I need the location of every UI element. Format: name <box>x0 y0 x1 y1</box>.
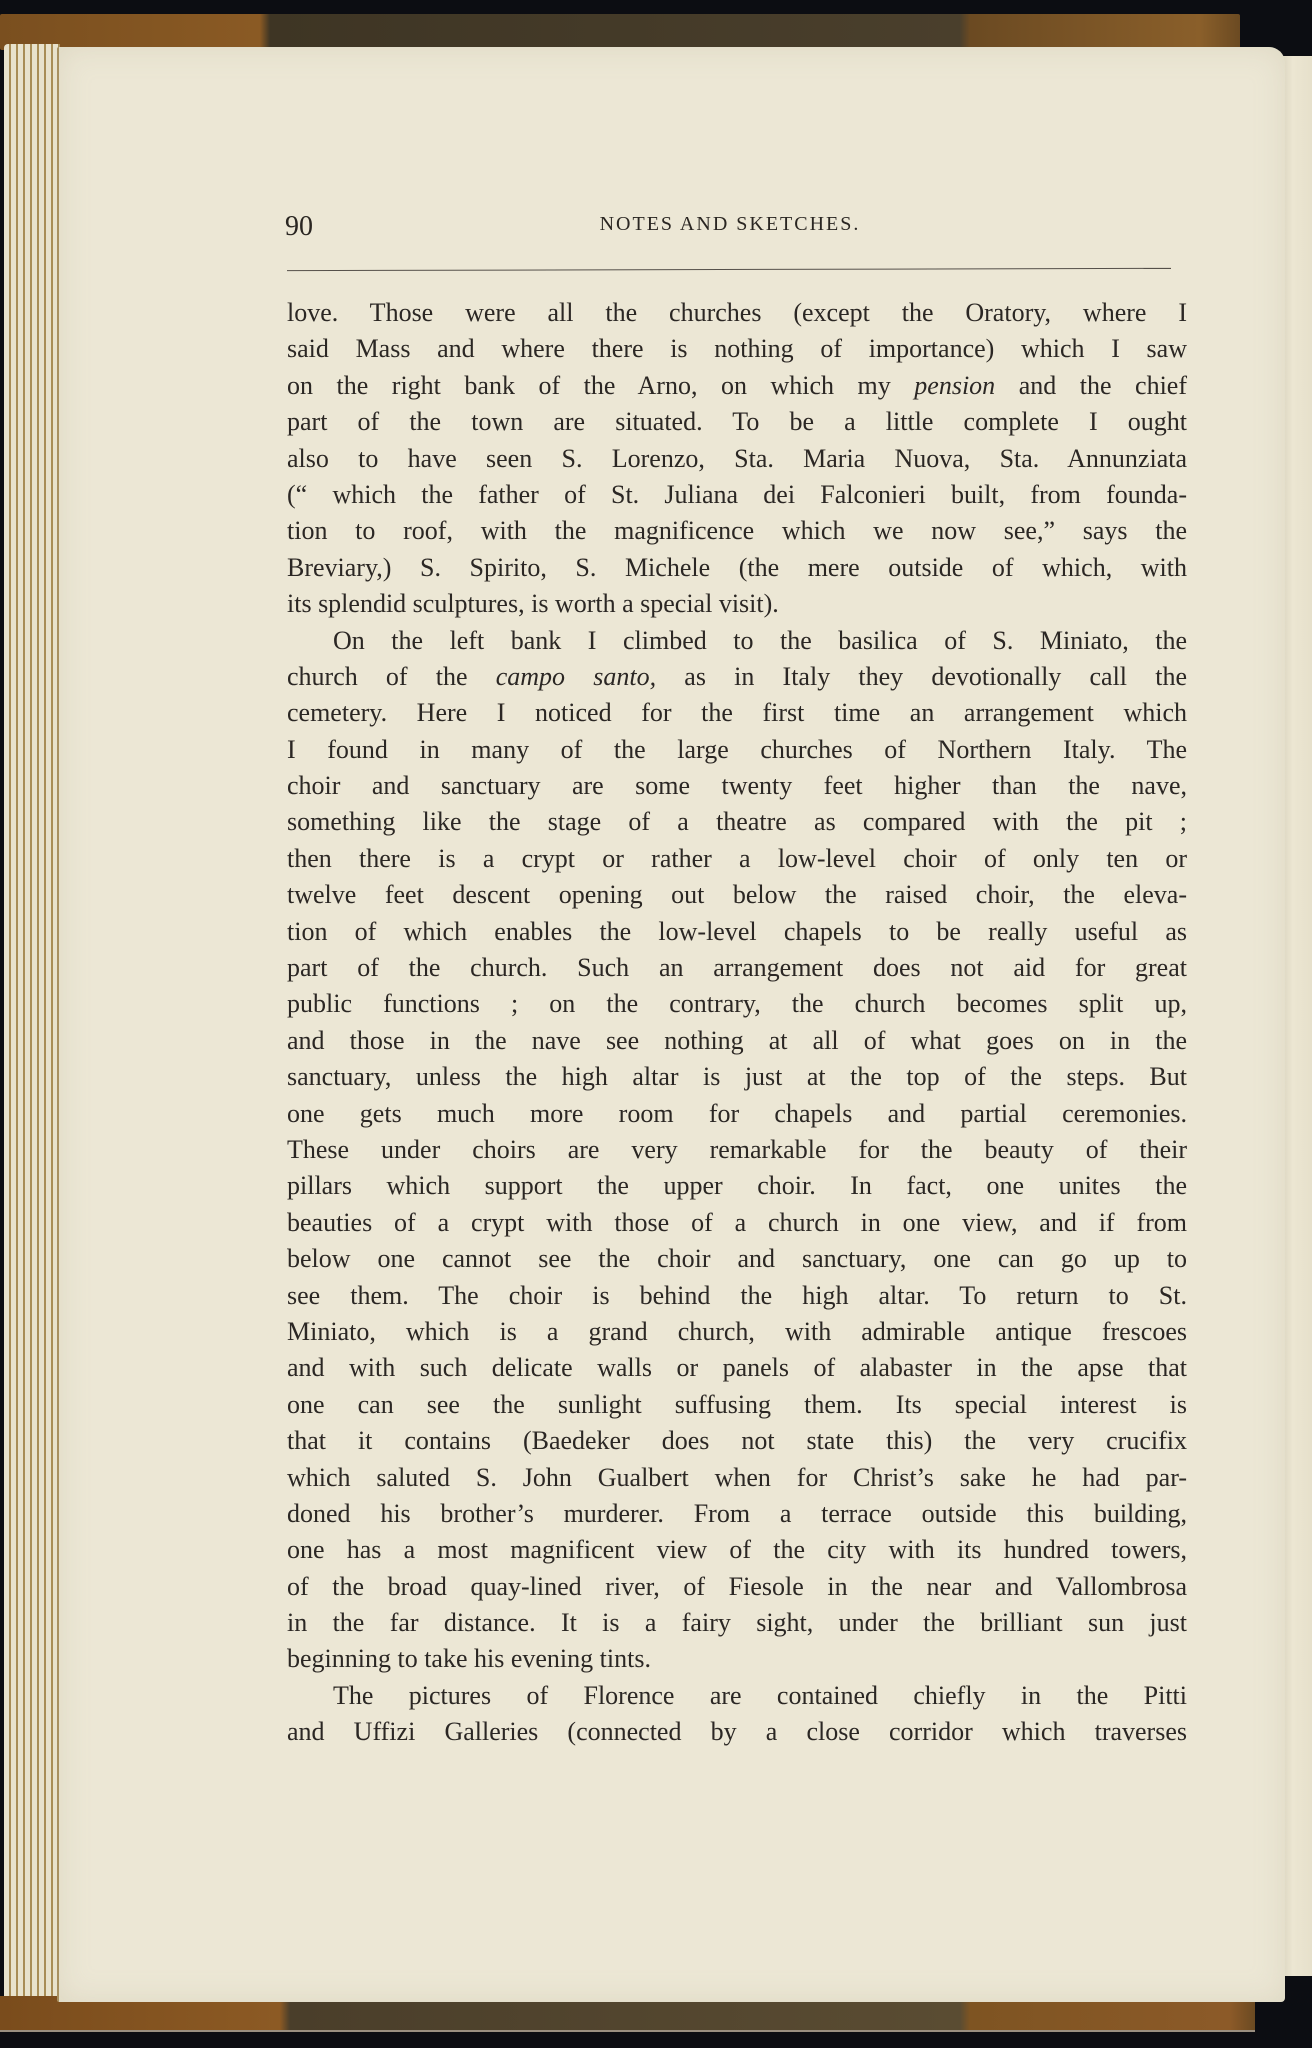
text-line: then there is a crypt or rather a low-le… <box>287 841 1187 877</box>
text-line: tion of which enables the low-level chap… <box>287 914 1187 950</box>
text-line: These under choirs are very remarkable f… <box>287 1132 1187 1168</box>
text-line: of the broad quay-lined river, of Fiesol… <box>287 1569 1187 1605</box>
text-line: twelve feet descent opening out below th… <box>287 877 1187 913</box>
text-line: beauties of a crypt with those of a chur… <box>287 1205 1187 1241</box>
text-line: I found in many of the large churches of… <box>287 732 1187 768</box>
text-run: as in Italy they devotionally call the <box>656 662 1187 691</box>
text-line: that it contains (Baedeker does not stat… <box>287 1423 1187 1459</box>
text-line: below one cannot see the choir and sanct… <box>287 1241 1187 1277</box>
running-title: NOTES AND SKETCHES. <box>285 213 1175 236</box>
text-line: one has a most magnificent view of the c… <box>287 1532 1187 1568</box>
text-line: choir and sanctuary are some twenty feet… <box>287 768 1187 804</box>
text-run: on the right bank of the Arno, on which … <box>287 371 914 400</box>
text-line: in the far distance. It is a fairy sight… <box>287 1605 1187 1641</box>
text-line: public functions ; on the contrary, the … <box>287 986 1187 1022</box>
text-line: one can see the sunlight suffusing them.… <box>287 1387 1187 1423</box>
header-rule <box>287 268 1171 271</box>
text-line: pillars which support the upper choir. I… <box>287 1168 1187 1204</box>
text-line: tion to roof, with the magnificence whic… <box>287 513 1187 549</box>
text-run: church of the <box>287 662 496 691</box>
running-head: 90 NOTES AND SKETCHES. <box>285 207 1175 247</box>
text-line: Miniato, which is a grand church, with a… <box>287 1314 1187 1350</box>
text-line: and with such delicate walls or panels o… <box>287 1350 1187 1386</box>
text-line: also to have seen S. Lorenzo, Sta. Maria… <box>287 441 1187 477</box>
text-line: sanctuary, unless the high altar is just… <box>287 1059 1187 1095</box>
text-line: Breviary,) S. Spirito, S. Michele (the m… <box>287 550 1187 586</box>
text-line: one gets much more room for chapels and … <box>287 1096 1187 1132</box>
text-run: and the chief <box>995 371 1187 400</box>
text-line: on the right bank of the Arno, on which … <box>287 368 1187 404</box>
page-stack-edges <box>4 44 60 2002</box>
book-page: 90 NOTES AND SKETCHES. love. Those were … <box>57 47 1285 2002</box>
text-line: doned his brother’s murderer. From a ter… <box>287 1496 1187 1532</box>
text-line: see them. The choir is behind the high a… <box>287 1278 1187 1314</box>
text-line: said Mass and where there is nothing of … <box>287 331 1187 367</box>
text-line: and those in the nave see nothing at all… <box>287 1023 1187 1059</box>
body-text: love. Those were all the churches (excep… <box>287 295 1187 1751</box>
book-cover-top-edge <box>0 14 1240 50</box>
text-line: part of the town are situated. To be a l… <box>287 404 1187 440</box>
italic-word: pension <box>914 371 995 400</box>
text-line: its splendid sculptures, is worth a spec… <box>287 586 1187 622</box>
paragraph-start-line: The pictures of Florence are contained c… <box>287 1678 1187 1714</box>
text-line: part of the church. Such an arrangement … <box>287 950 1187 986</box>
text-line: (“ which the father of St. Juliana dei F… <box>287 477 1187 513</box>
text-line: beginning to take his evening tints. <box>287 1641 1187 1677</box>
text-line: cemetery. Here I noticed for the first t… <box>287 695 1187 731</box>
text-line: church of the campo santo, as in Italy t… <box>287 659 1187 695</box>
text-line: something like the stage of a theatre as… <box>287 804 1187 840</box>
paragraph-start-line: On the left bank I climbed to the basili… <box>287 623 1187 659</box>
text-line: and Uffizi Galleries (connected by a clo… <box>287 1714 1187 1750</box>
text-line: love. Those were all the churches (excep… <box>287 295 1187 331</box>
text-line: which saluted S. John Gualbert when for … <box>287 1460 1187 1496</box>
italic-phrase: campo santo, <box>496 662 656 691</box>
